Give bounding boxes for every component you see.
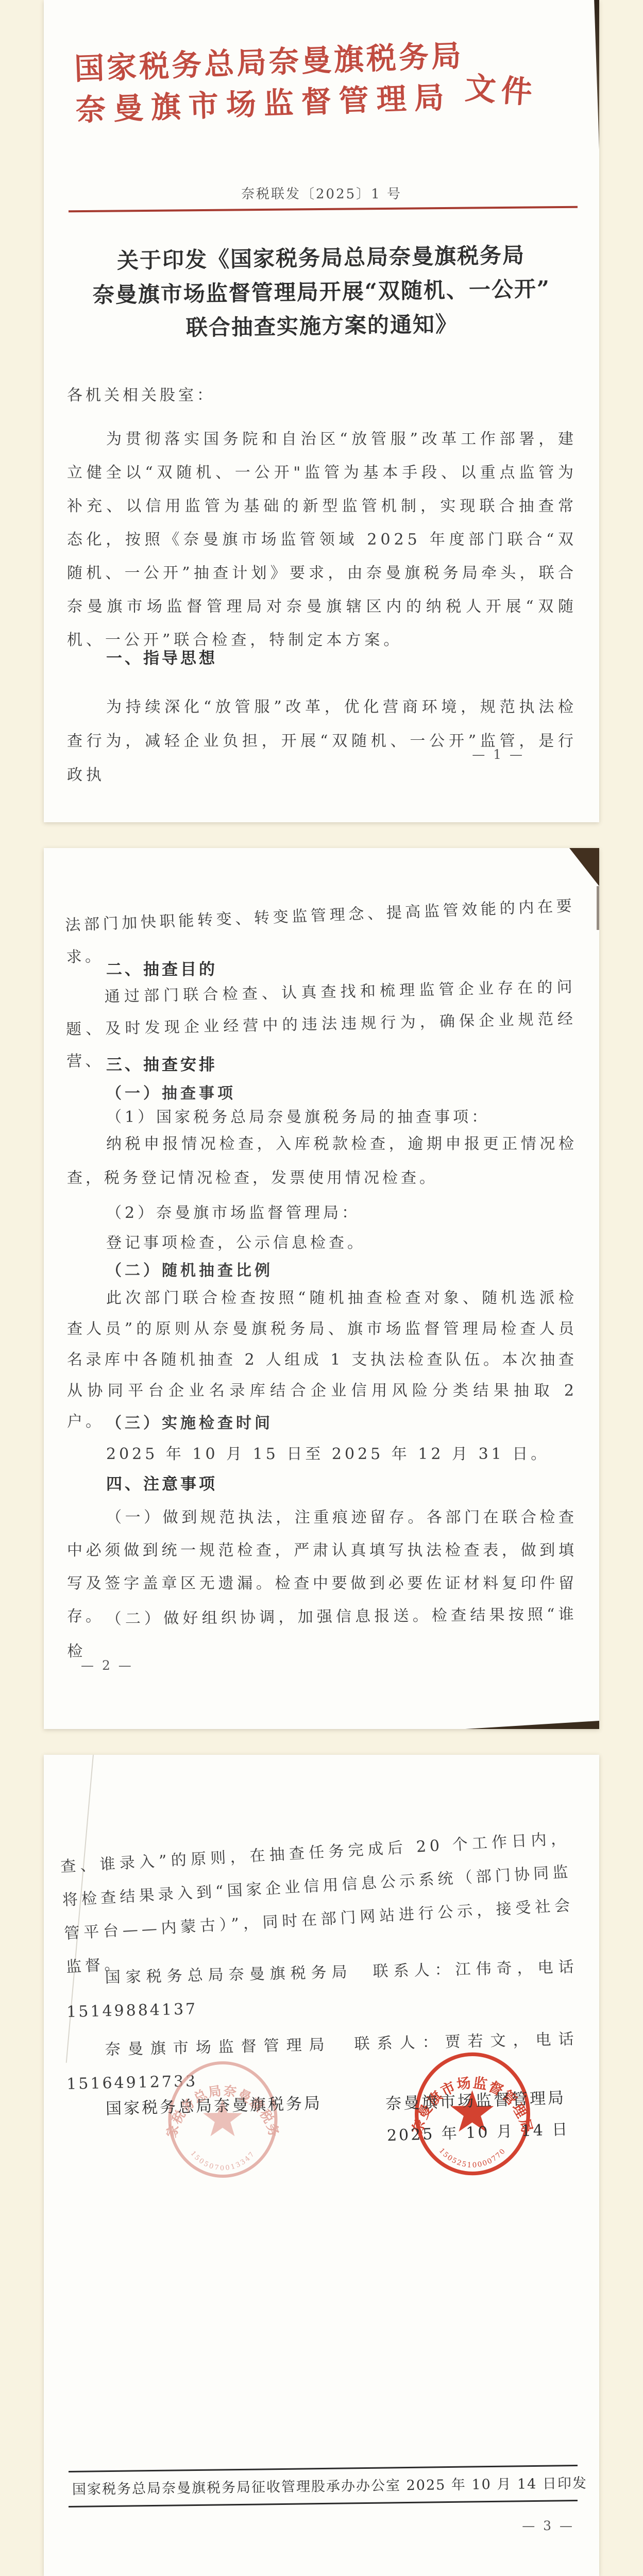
footer-responsible-office: 国家税务总局奈曼旗税务局征收管理股承办: [72, 2475, 356, 2498]
document-title: 关于印发《国家税务局总局奈曼旗税务局 奈曼旗市场监督管理局开展“双随机、一公开”…: [43, 237, 600, 347]
page-3: 查、谁录入”的原则，在抽查任务完成后 20 个工作日内，将检查结果录入到“国家企…: [44, 1755, 599, 2576]
page-edge-shadow: [597, 886, 599, 930]
red-divider: [69, 206, 578, 213]
footer-print-date: 办公室 2025 年 10 月 14 日印发: [356, 2472, 587, 2495]
page-corner-shadow: [569, 848, 599, 886]
item-tax-bureau-detail: 纳税申报情况检查，入库税款检查，逾期申报更正情况检查，税务登记情况检查，发票使用…: [67, 1127, 577, 1195]
letterhead-wenjian: 文件: [464, 63, 539, 113]
page-corner-shadow: [592, 0, 599, 149]
contact-tax-bureau: 国家税务总局奈曼旗税务局 联系人：江伟奇，电话 15149884137: [65, 1951, 577, 2029]
paragraph-guiding-ideology: 为持续深化“放管服”改革，优化营商环境，规范执法检查行为，减轻企业负担，开展“双…: [67, 690, 577, 792]
document-photo: 国家税务总局奈曼旗税务局 奈曼旗市场监督管理局 文件 奈税联发〔2025〕1 号…: [0, 0, 643, 2576]
subheading-random-ratio: （二）随机抽查比例: [67, 1255, 616, 1287]
heading-inspection-arrangement: 三、抽查安排: [67, 1049, 616, 1081]
letterhead-line-2: 奈曼旗市场监督管理局: [75, 78, 466, 129]
page-2: 法部门加快职能转变、转变监管理念、提高监管效能的内在要求。 二、抽查目的 通过部…: [44, 848, 599, 1729]
official-seal-market-bureau: 奈曼旗市场监督管理局 15052510000770: [403, 2049, 542, 2178]
heading-guiding-ideology: 一、指导思想: [106, 645, 217, 668]
footer: 国家税务总局奈曼旗税务局征收管理股承办 办公室 2025 年 10 月 14 日…: [72, 2472, 580, 2498]
heading-notes: 四、注意事项: [67, 1468, 616, 1500]
page-1: 国家税务总局奈曼旗税务局 奈曼旗市场监督管理局 文件 奈税联发〔2025〕1 号…: [44, 0, 599, 822]
official-seal-tax-bureau: 国家税务总局奈曼旗税务局 1505070013347: [165, 2058, 281, 2181]
page-number-1: — 1 —: [472, 747, 524, 762]
letterhead: 国家税务总局奈曼旗税务局 奈曼旗市场监督管理局: [74, 37, 466, 129]
item-market-bureau: （2）奈曼旗市场监督管理局：: [67, 1197, 577, 1229]
subheading-inspection-time: （三）实施检查时间: [67, 1408, 616, 1439]
salutation: 各机关相关股室：: [67, 382, 215, 405]
paragraph-note-2-start: （二）做好组织协调，加强信息报送。检查结果按照“谁检: [66, 1599, 577, 1668]
item-market-bureau-detail: 登记事项检查，公示信息检查。: [67, 1227, 577, 1259]
paragraph-intro: 为贯彻落实国务院和自治区“放管服”改革工作部署，建立健全以“双随机、一公开"监管…: [67, 422, 577, 657]
page-number-2: — 2 —: [81, 1658, 133, 1673]
footer-rule-bottom: [69, 2500, 578, 2507]
paragraph-inspection-time: 2025 年 10 月 15 日至 2025 年 12 月 31 日。: [67, 1438, 577, 1470]
page-number-3: — 3 —: [522, 2518, 574, 2533]
page-edge-shadow: [465, 1721, 599, 1729]
document-number: 奈税联发〔2025〕1 号: [44, 183, 599, 202]
footer-rule-top: [69, 2465, 578, 2472]
